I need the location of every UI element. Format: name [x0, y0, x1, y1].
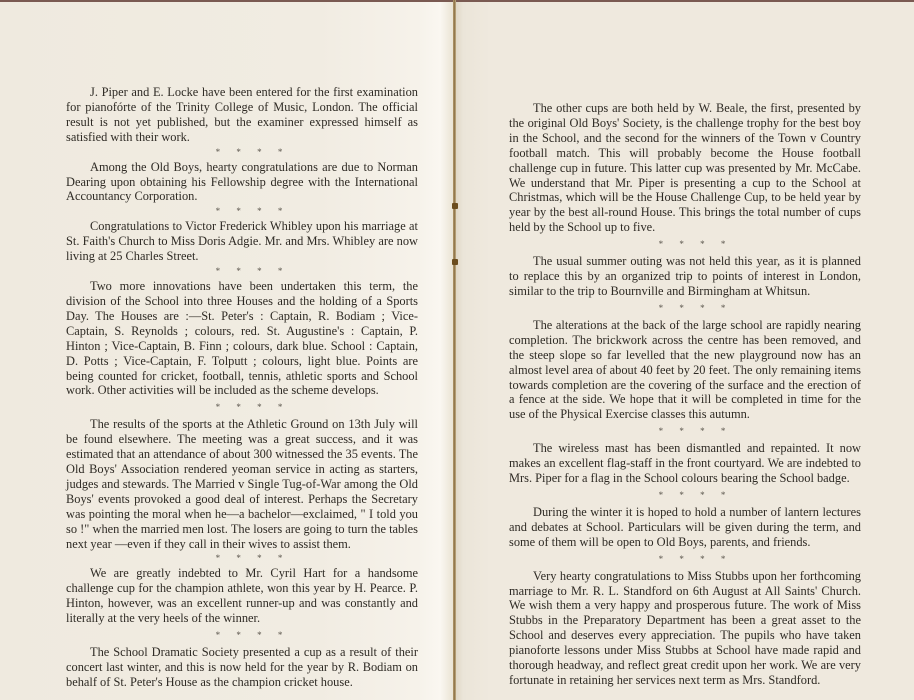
paragraph-whibley-marriage: Congratulations to Victor Frederick Whib… [66, 219, 418, 264]
paragraph-old-boys-dearing: Among the Old Boys, hearty congratulatio… [66, 160, 418, 205]
paragraph-dramatic-society-cup: The School Dramatic Society presented a … [66, 645, 418, 690]
paragraph-houses-innovations: Two more innovations have been undertake… [66, 279, 418, 398]
section-separator: * * * * [509, 550, 861, 569]
section-separator: * * * * [66, 204, 418, 219]
paragraph-summer-outing: The usual summer outing was not held thi… [509, 254, 861, 299]
paragraph-playground-alterations: The alterations at the back of the large… [509, 318, 861, 422]
section-separator: * * * * [509, 486, 861, 505]
section-separator: * * * * [66, 264, 418, 279]
staple-bottom [452, 259, 458, 265]
paragraph-winter-lectures: During the winter it is hoped to hold a … [509, 505, 861, 550]
section-separator: * * * * [66, 626, 418, 645]
right-page-text-column: The other cups are both held by W. Beale… [509, 101, 861, 688]
section-separator: * * * * [509, 299, 861, 318]
section-separator: * * * * [509, 235, 861, 254]
section-separator: * * * * [509, 422, 861, 441]
binding-gutter [453, 0, 456, 700]
paragraph-wireless-mast: The wireless mast has been dismantled an… [509, 441, 861, 486]
section-separator: * * * * [66, 145, 418, 160]
section-separator: * * * * [66, 551, 418, 566]
section-separator: * * * * [66, 398, 418, 417]
left-page: J. Piper and E. Locke have been entered … [0, 0, 454, 700]
paragraph-miss-stubbs-marriage: Very hearty congratulations to Miss Stub… [509, 569, 861, 688]
paragraph-sports-results: The results of the sports at the Athleti… [66, 417, 418, 551]
page-top-edge [0, 0, 914, 2]
magazine-spread: J. Piper and E. Locke have been entered … [0, 0, 914, 700]
left-page-text-column: J. Piper and E. Locke have been entered … [66, 85, 418, 690]
paragraph-hart-challenge-cup: We are greatly indebted to Mr. Cyril Har… [66, 566, 418, 626]
paragraph-other-cups: The other cups are both held by W. Beale… [509, 101, 861, 235]
staple-top [452, 203, 458, 209]
right-page: The other cups are both held by W. Beale… [454, 0, 914, 700]
paragraph-piper-locke-exam: J. Piper and E. Locke have been entered … [66, 85, 418, 145]
